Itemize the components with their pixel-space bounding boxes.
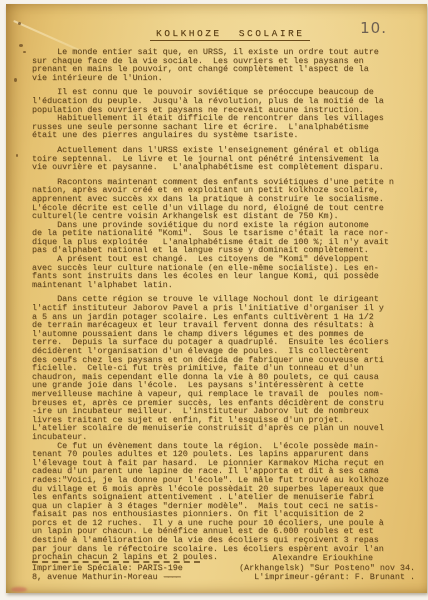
imprint-row-2: 8, avenue Mathurin-Moreau———— L'imprimeu… <box>32 573 417 583</box>
scanned-paper-page: KOLKHOZE SCOLAIRE 10. Le monde entier sa… <box>6 4 427 593</box>
paragraph-block-5: Dans cette région se trouve le village N… <box>32 295 415 561</box>
paper-speck <box>18 22 21 25</box>
paragraph-block-4: Racontons maintenant comment des enfants… <box>32 178 415 290</box>
paragraph-block-1: Le monde entier sait que, en URSS, il ex… <box>32 48 415 82</box>
address-dash: ———— <box>164 572 180 582</box>
ink-smudge <box>11 587 27 592</box>
address-text: 8, avenue Mathurin-Moreau <box>32 572 158 582</box>
page-title: KOLKHOZE SCOLAIRE <box>150 30 310 41</box>
paragraph-block-2: Il est connu que le pouvoir soviétique s… <box>32 88 415 140</box>
paper-speck <box>23 51 26 53</box>
paper-speck <box>19 44 23 47</box>
paper-speck <box>16 154 18 157</box>
document-body: KOLKHOZE SCOLAIRE 10. Le monde entier sa… <box>32 22 415 568</box>
paragraph-block-3: Actuellement dans l'URSS existe l'enseig… <box>32 146 415 172</box>
paper-speck <box>14 78 17 82</box>
document-header: KOLKHOZE SCOLAIRE 10. <box>32 22 415 48</box>
printer-address: 8, avenue Mathurin-Moreau———— <box>32 573 186 583</box>
imprint-footer: Alexandre Erioukhine Imprimerie Spéciale… <box>32 554 417 583</box>
page-number: 10. <box>360 24 387 33</box>
printer-manager: L'imprimeur-gérant: F. Brunant . <box>254 573 415 583</box>
